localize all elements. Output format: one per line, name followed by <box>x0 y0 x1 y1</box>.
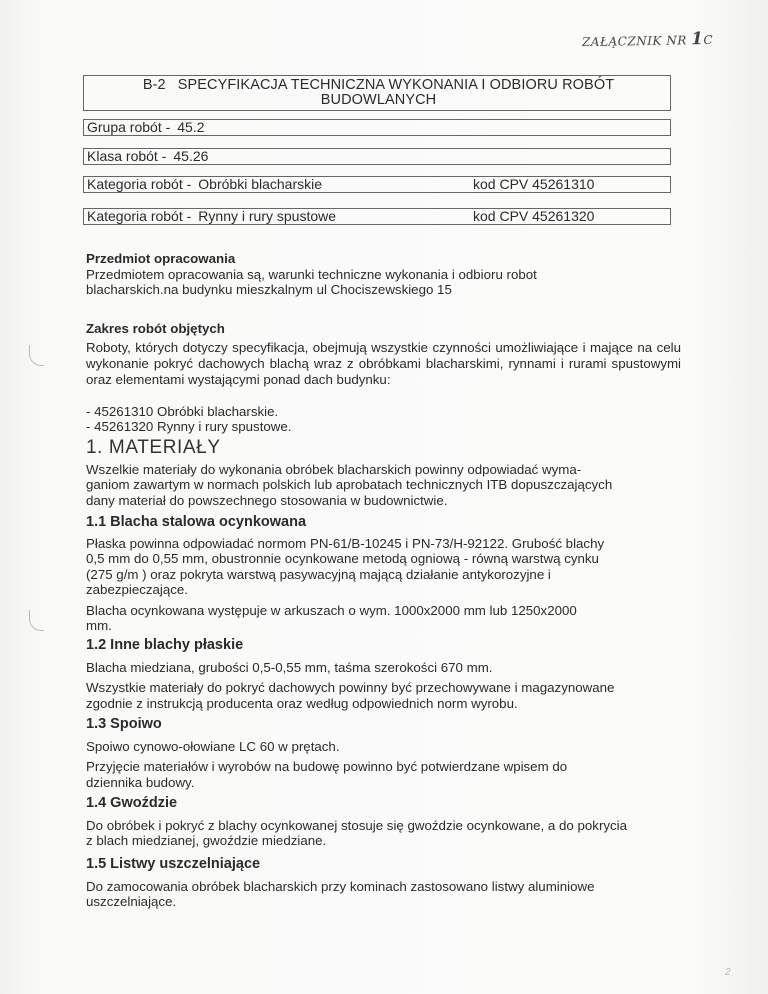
section-materialy: 1. MATERIAŁY Wszelkie materiały do wykon… <box>86 440 681 508</box>
info-row-grupa: Grupa robót -45.2 <box>83 119 671 136</box>
info-row-klasa: Klasa robót - 45.26 <box>83 148 671 165</box>
handwritten-attachment-note: ZAŁĄCZNIK NR 1C <box>582 29 713 51</box>
punch-hole-mark-icon <box>29 610 44 631</box>
spec-title-line2: BUDOWLANYCH <box>321 92 437 108</box>
note-suffix: C <box>703 33 713 47</box>
info-label: Grupa robót - <box>87 120 170 135</box>
subsection-heading: 1.2 Inne blachy płaskie <box>86 638 681 654</box>
section-heading: 1. MATERIAŁY <box>86 440 681 456</box>
para-line: zabezpieczające. <box>86 582 681 598</box>
para-line: Płaska powinna odpowiadać normom PN-61/B… <box>86 536 681 552</box>
info-label: Klasa robót - <box>87 149 166 164</box>
subsection-heading: 1.5 Listwy uszczelniające <box>86 857 681 873</box>
info-value: 45.2 <box>177 120 204 135</box>
subsection-heading: 1.1 Blacha stalowa ocynkowana <box>86 515 681 531</box>
punch-hole-mark-icon <box>29 345 44 366</box>
zakres-text: Roboty, których dotyczy specyfikacja, ob… <box>86 340 681 388</box>
zakres-item: - 45261320 Rynny i rury spustowe. <box>86 419 681 435</box>
info-row-kategoria-1: Kategoria robót - Obróbki blacharskie ko… <box>83 176 671 193</box>
para-line: Do obróbek i pokryć z blachy ocynkowanej… <box>86 818 681 834</box>
para-line: Do zamocowania obróbek blacharskich przy… <box>86 879 681 895</box>
info-label: Kategoria robót - <box>87 209 191 224</box>
zakres-section: Zakres robót objętych Roboty, których do… <box>86 321 681 435</box>
zakres-heading: Zakres robót objętych <box>86 321 681 337</box>
zakres-item: - 45261310 Obróbki blacharskie. <box>86 404 681 420</box>
przedmiot-line: Przedmiotem opracowania są, warunki tech… <box>86 267 681 283</box>
subsection-1-4: 1.4 Gwoździe Do obróbek i pokryć z blach… <box>86 796 681 849</box>
para-line: Blacha miedziana, grubości 0,5-0,55 mm, … <box>86 660 681 676</box>
subsection-1-1: 1.1 Blacha stalowa ocynkowana Płaska pow… <box>86 515 681 634</box>
subsection-1-5: 1.5 Listwy uszczelniające Do zamocowania… <box>86 857 681 910</box>
para-line: dziennika budowy. <box>86 775 681 791</box>
para-line: Przyjęcie materiałów i wyrobów na budowę… <box>86 759 681 775</box>
document-page: ZAŁĄCZNIK NR 1C B-2SPECYFIKACJA TECHNICZ… <box>0 0 768 994</box>
para-line: 0,5 mm do 0,55 mm, obustronnie ocynkowan… <box>86 551 681 567</box>
info-row-kategoria-2: Kategoria robót - Rynny i rury spustowe … <box>83 208 671 225</box>
intro-line: Wszelkie materiały do wykonania obróbek … <box>86 462 681 478</box>
para-line: uszczelniające. <box>86 894 681 910</box>
spec-title-box: B-2SPECYFIKACJA TECHNICZNA WYKONANIA I O… <box>83 75 671 111</box>
para-line: zgodnie z instrukcją producenta oraz wed… <box>86 696 681 712</box>
para-line: mm. <box>86 618 681 634</box>
info-label: Kategoria robót - <box>87 177 191 192</box>
przedmiot-line: blacharskich.na budynku mieszkalnym ul C… <box>86 282 681 298</box>
subsection-heading: 1.3 Spoiwo <box>86 717 681 733</box>
para-line: (275 g/m ) oraz pokryta warstwą pasywacy… <box>86 567 681 583</box>
page-number: 2 <box>725 967 731 978</box>
spec-title-line1: SPECYFIKACJA TECHNICZNA WYKONANIA I ODBI… <box>178 77 614 93</box>
para-line: z blach miedzianej, gwoździe miedziane. <box>86 833 681 849</box>
info-value: Rynny i rury spustowe <box>198 209 336 224</box>
info-value: Obróbki blacharskie <box>198 177 322 192</box>
spec-code: B-2 <box>143 77 166 93</box>
note-number: 1 <box>691 29 704 49</box>
subsection-heading: 1.4 Gwoździe <box>86 796 681 812</box>
para-line: Spoiwo cynowo-ołowiane LC 60 w prętach. <box>86 739 681 755</box>
cpv-code: kod CPV 45261310 <box>473 177 594 192</box>
para-line: Blacha ocynkowana występuje w arkuszach … <box>86 603 681 619</box>
subsection-1-2: 1.2 Inne blachy płaskie Blacha miedziana… <box>86 638 681 711</box>
intro-line: ganiom zawartym w normach polskich lub a… <box>86 477 681 493</box>
note-text: ZAŁĄCZNIK NR <box>582 33 687 49</box>
section-intro: Wszelkie materiały do wykonania obróbek … <box>86 462 681 509</box>
subsection-1-3: 1.3 Spoiwo Spoiwo cynowo-ołowiane LC 60 … <box>86 717 681 790</box>
przedmiot-heading: Przedmiot opracowania <box>86 251 681 267</box>
przedmiot-section: Przedmiot opracowania Przedmiotem opraco… <box>86 251 681 298</box>
intro-line: dany materiał do powszechnego stosowania… <box>86 493 681 509</box>
info-value: 45.26 <box>173 149 208 164</box>
para-line: Wszystkie materiały do pokryć dachowych … <box>86 680 681 696</box>
cpv-code: kod CPV 45261320 <box>473 209 594 224</box>
